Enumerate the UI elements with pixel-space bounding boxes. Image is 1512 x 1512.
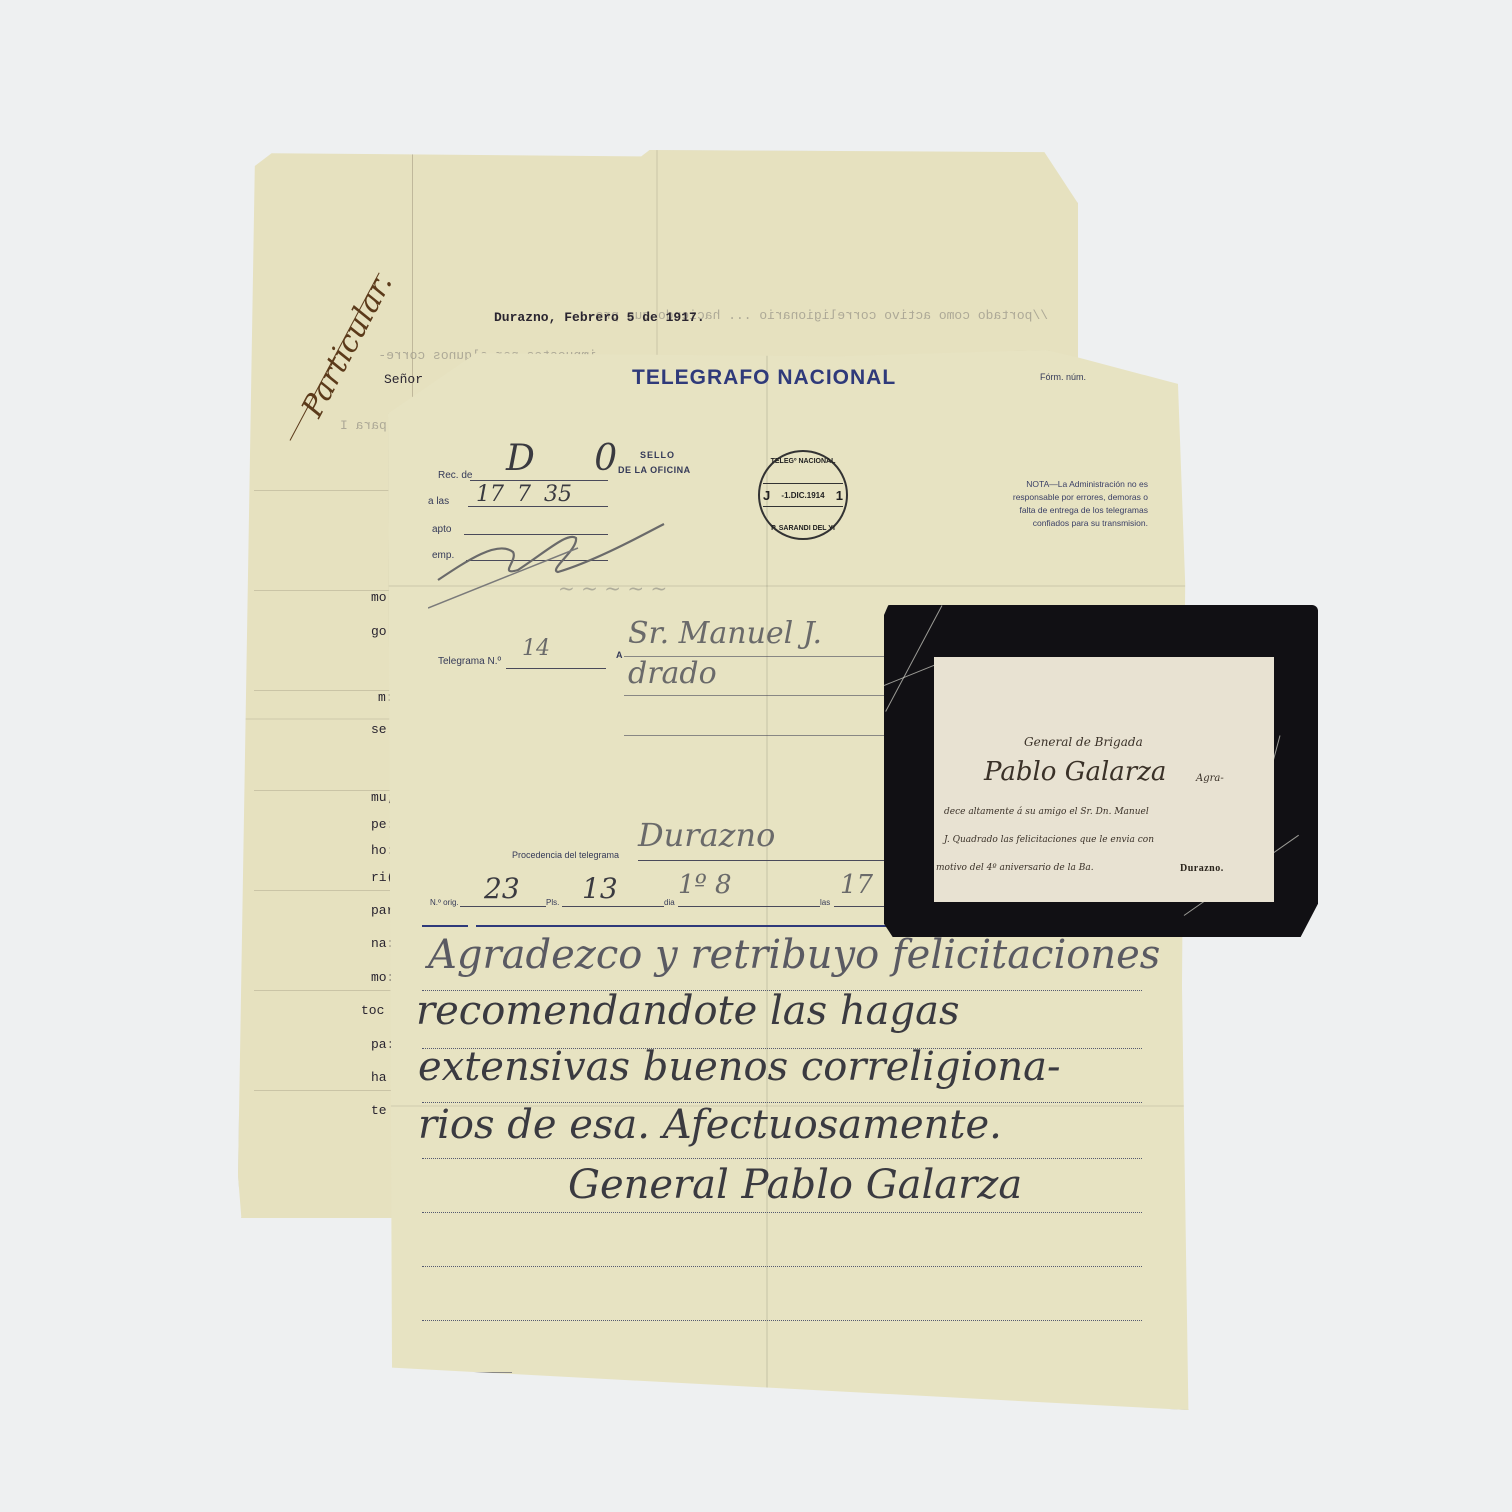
blue-rule (476, 925, 888, 927)
addressee-value-1: Sr. Manuel J. (628, 616, 822, 651)
postmark-stamp: TELEGº NACIONAL J -1.DIC.1914 1 P. SARAN… (758, 450, 848, 550)
message-line-3: extensivas buenos correligiona- (418, 1044, 1060, 1090)
nota-line: falta de entrega de los telegramas (928, 504, 1148, 517)
card-title: General de Brigada (1024, 735, 1143, 749)
telegram-header: TELEGRAFO NACIONAL (632, 366, 896, 390)
addressee-line (624, 695, 884, 696)
message-line (422, 1320, 1142, 1322)
text-fragment: toc (361, 1003, 384, 1018)
a-label: A (616, 650, 623, 660)
message-line (422, 1212, 1142, 1214)
card-panel: General de Brigada Pablo Galarza Agra- d… (934, 657, 1274, 902)
nota-disclaimer: NOTA—La Administración no es responsable… (928, 478, 1148, 530)
message-line-1: Agradezco y retribuyo felicitaciones (428, 932, 1160, 978)
nota-line: confiados para su transmision. (928, 517, 1148, 530)
n-orig-label: N.º orig. (430, 898, 459, 907)
pls-label: Pls. (546, 898, 559, 907)
n-orig-value: 23 (484, 872, 520, 905)
message-line-2: recomendandote las hagas (416, 988, 959, 1034)
n-orig-line (460, 906, 546, 907)
blue-rule (422, 925, 468, 927)
dia-value: 1º 8 (678, 870, 732, 900)
postmark-top-text: TELEGº NACIONAL (760, 458, 846, 465)
sello-label-2: DE LA OFICINA (618, 465, 691, 475)
card-name: Pablo Galarza (984, 757, 1166, 787)
sello-label: SELLO (640, 450, 675, 460)
text-fragment: te (371, 1103, 387, 1118)
addressee-value-2: drado (628, 656, 717, 691)
telegrama-no-value: 14 (522, 636, 550, 661)
signature: General Pablo Galarza (568, 1162, 1022, 1208)
card-script-line: motivo del 4º aniversario de la Ba. (936, 863, 1094, 873)
card-script-line: J. Quadrado las felicitaciones que le en… (944, 835, 1154, 845)
las-label: las (820, 898, 830, 907)
addressee-line (624, 735, 884, 736)
a-las-value: 17 7 35 (476, 482, 572, 507)
text-fragment: ha (371, 1070, 387, 1085)
printer-credit: Peña Hnos. Impresores (426, 1377, 504, 1384)
card-place: Durazno. (1180, 863, 1224, 874)
message-line (422, 1158, 1142, 1160)
postmark-number: 1 (836, 488, 843, 503)
message-line (422, 1266, 1142, 1268)
a-las-label: a las (428, 496, 449, 507)
pls-line (562, 906, 664, 907)
rec-de-label: Rec. de (438, 470, 472, 481)
dia-label: dia (664, 898, 675, 907)
form-number-label: Fórm. núm. (1040, 372, 1086, 382)
procedencia-label: Procedencia del telegrama (512, 850, 619, 860)
ruled-line (254, 990, 414, 991)
telegrama-no-label: Telegrama N.º (438, 656, 501, 667)
message-line-4: rios de esa. Afectuosamente. (418, 1102, 1002, 1148)
las-line (834, 906, 890, 907)
las-value: 17 (840, 870, 873, 900)
procedencia-line (638, 860, 888, 861)
postmark-bottom-text: P. SARANDI DEL YI (760, 525, 846, 532)
card-script-line: dece altamente á su amigo el Sr. Dn. Man… (944, 807, 1149, 817)
postmark-date: -1.DIC.1914 (781, 491, 824, 500)
rec-de-line (470, 480, 608, 481)
mourning-card: General de Brigada Pablo Galarza Agra- d… (884, 605, 1318, 937)
printer-rule (424, 1372, 512, 1373)
ruled-line (254, 1090, 414, 1091)
ruled-line (254, 890, 414, 891)
pls-value: 13 (582, 872, 618, 905)
dateline: Durazno, Febrero 5 de 1917. (494, 310, 705, 325)
nota-line: responsable por errores, demoras o (928, 491, 1148, 504)
dia-line (678, 906, 820, 907)
text-fragment: mo (371, 590, 387, 605)
card-script-line: Agra- (1196, 773, 1224, 784)
procedencia-value: Durazno (638, 816, 775, 854)
nota-line: NOTA—La Administración no es (928, 478, 1148, 491)
postmark-letter: J (763, 488, 770, 503)
faint-pencil-text: ~ ~ ~ ~ ~ (558, 576, 667, 600)
salutation: Señor (384, 372, 423, 387)
telegrama-no-line (506, 668, 606, 669)
